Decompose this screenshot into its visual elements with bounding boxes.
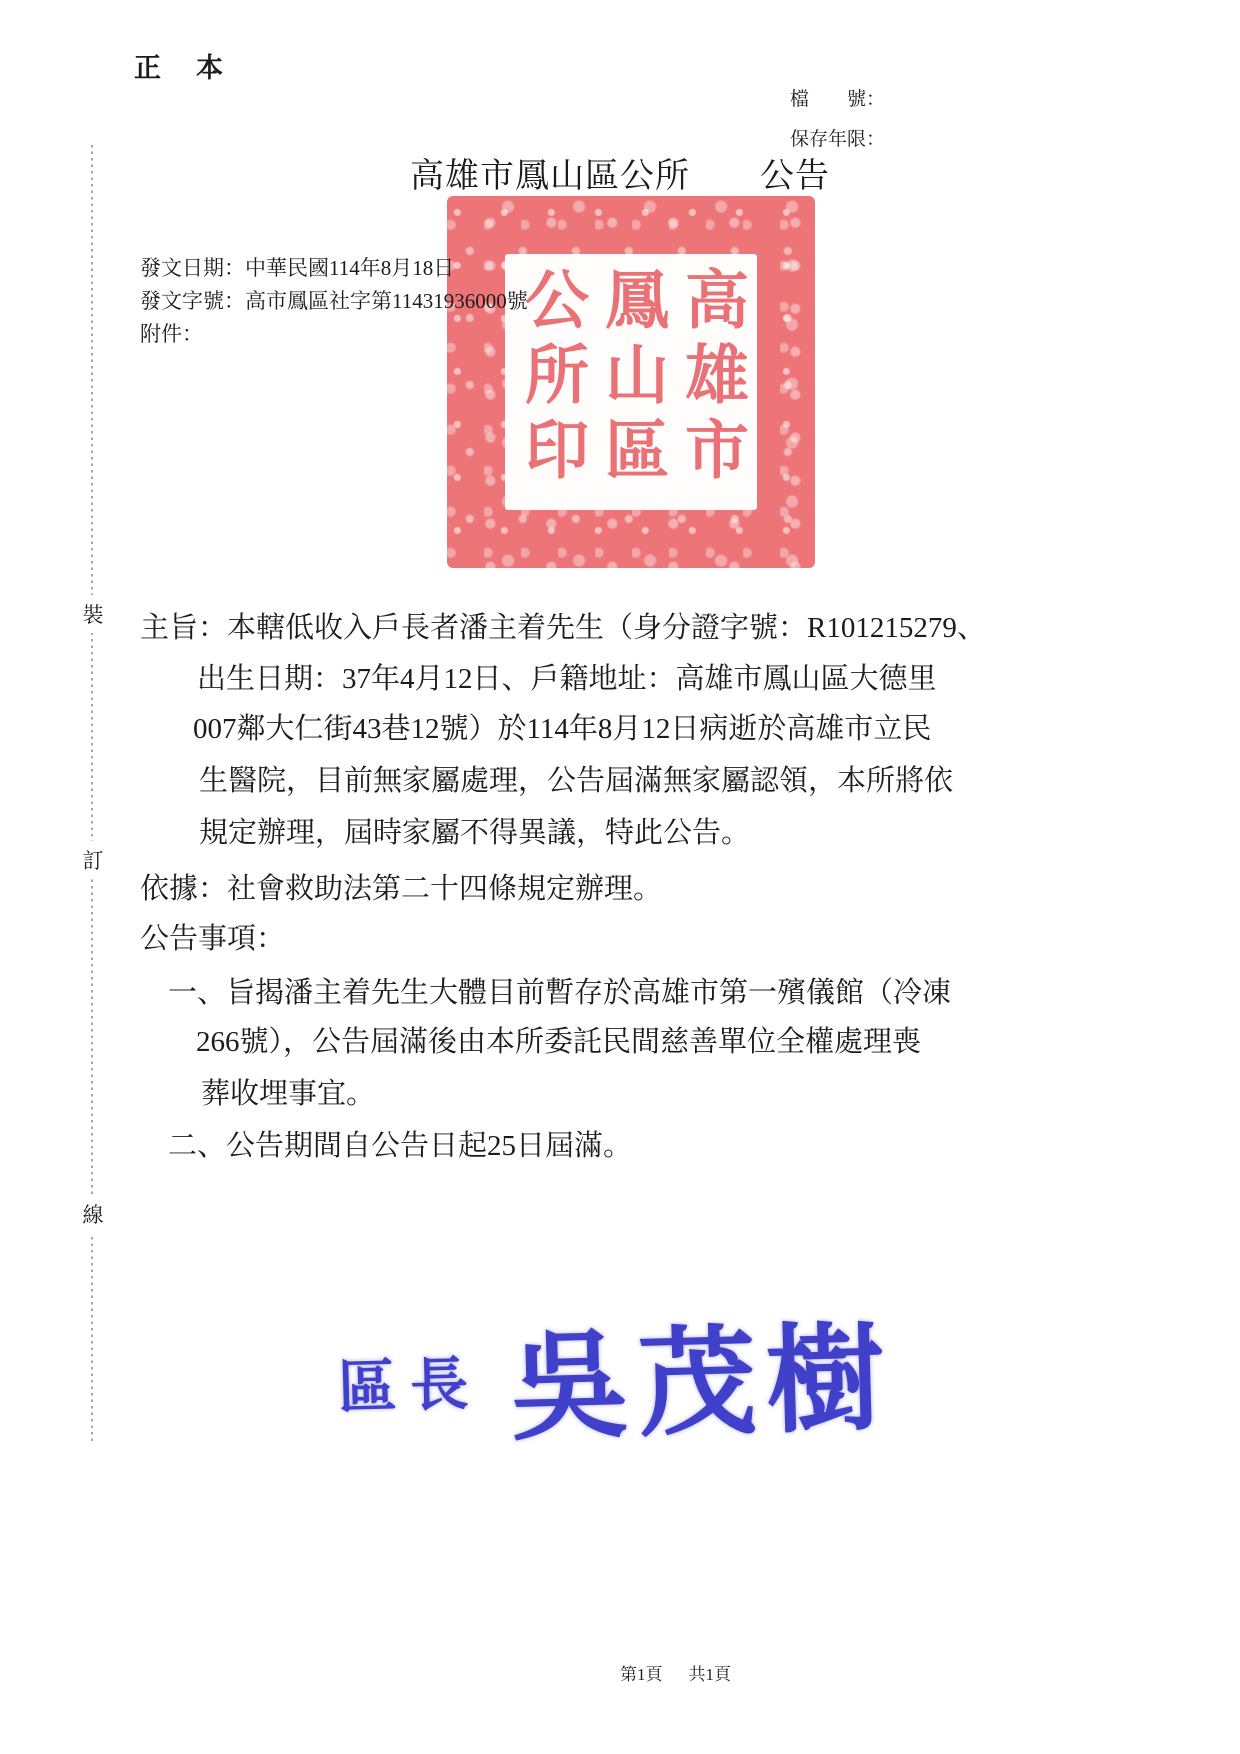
basis-line: 依據：社會救助法第二十四條規定辦理。	[140, 871, 662, 907]
binding-dotted-line	[91, 145, 93, 1445]
subject-line: 出生日期：37年4月12日、戶籍地址：高雄市鳳山區大德里	[197, 661, 937, 697]
retention-period-label: 保存年限：	[790, 124, 885, 151]
subject-line: 主旨：本轄低收入戶長者潘主着先生（身分證字號：R101215279、	[140, 610, 986, 646]
mayor-signature-stamp: 區長 吳茂樹	[336, 1283, 896, 1467]
subject-line: 生醫院，目前無家屬處理，公告屆滿無家屬認領，本所將依	[199, 763, 953, 799]
binding-mark-xian: 線	[80, 1195, 106, 1233]
mayor-title: 區長	[337, 1337, 483, 1425]
subject-label: 主旨：	[140, 612, 227, 644]
basis-label: 依據：	[140, 873, 227, 905]
footer-page-number: 第1頁	[620, 1660, 663, 1685]
matters-heading: 公告事項：	[140, 921, 285, 957]
announcement-document: 高雄市鳳山區公所印 正 本 檔 號： 保存年限： 高雄市鳳山區公所 公告 發文日…	[0, 0, 1240, 1754]
matter-item-1-text: 旨揭潘主着先生大體目前暫存於高雄市第一殯儀館（冷凍	[226, 977, 951, 1009]
matter-item-1-line: 一、旨揭潘主着先生大體目前暫存於高雄市第一殯儀館（冷凍	[168, 975, 951, 1011]
footer-total-pages: 共1頁	[689, 1660, 732, 1685]
official-red-seal: 高雄市鳳山區公所印	[447, 196, 815, 568]
doc-number-value: 高市鳳區社字第11431936000號	[245, 289, 528, 313]
matter-item-2-line: 二、公告期間自公告日起25日屆滿。	[168, 1128, 632, 1164]
page-footer: 第1頁 共1頁	[620, 1660, 731, 1685]
official-red-seal-text: 高雄市鳳山區公所印	[511, 266, 751, 498]
attachment-line: 附件：	[140, 318, 203, 348]
document-title: 高雄市鳳山區公所 公告	[0, 148, 1240, 197]
file-number-label: 檔 號：	[790, 84, 885, 111]
basis-text: 社會救助法第二十四條規定辦理。	[227, 873, 662, 905]
doc-number-label: 發文字號：	[140, 289, 245, 313]
binding-mark-ding: 訂	[80, 841, 106, 879]
official-red-seal-inner: 高雄市鳳山區公所印	[505, 254, 757, 510]
matter-item-1-line: 266號），公告屆滿後由本所委託民間慈善單位全權處理喪	[196, 1024, 921, 1060]
matter-item-2-number: 二、	[168, 1130, 226, 1162]
matter-item-1-line: 葬收埋事宜。	[201, 1076, 375, 1112]
subject-line: 007鄰大仁街43巷12號）於114年8月12日病逝於高雄市立民	[193, 711, 931, 747]
subject-text: 本轄低收入戶長者潘主着先生（身分證字號：R101215279、	[227, 612, 986, 644]
issue-date-line: 發文日期：中華民國114年8月18日	[140, 252, 454, 282]
binding-mark-zhuang: 裝	[80, 595, 106, 633]
issue-date-value: 中華民國114年8月18日	[245, 256, 454, 280]
mayor-name: 吳茂樹	[508, 1283, 896, 1463]
copy-type-label: 正 本	[134, 46, 227, 85]
subject-line: 規定辦理，屆時家屬不得異議，特此公告。	[199, 815, 750, 851]
issue-date-label: 發文日期：	[140, 256, 245, 280]
doc-number-line: 發文字號：高市鳳區社字第11431936000號	[140, 285, 528, 315]
matter-item-1-number: 一、	[168, 977, 226, 1009]
matter-item-2-text: 公告期間自公告日起25日屆滿。	[226, 1130, 632, 1162]
